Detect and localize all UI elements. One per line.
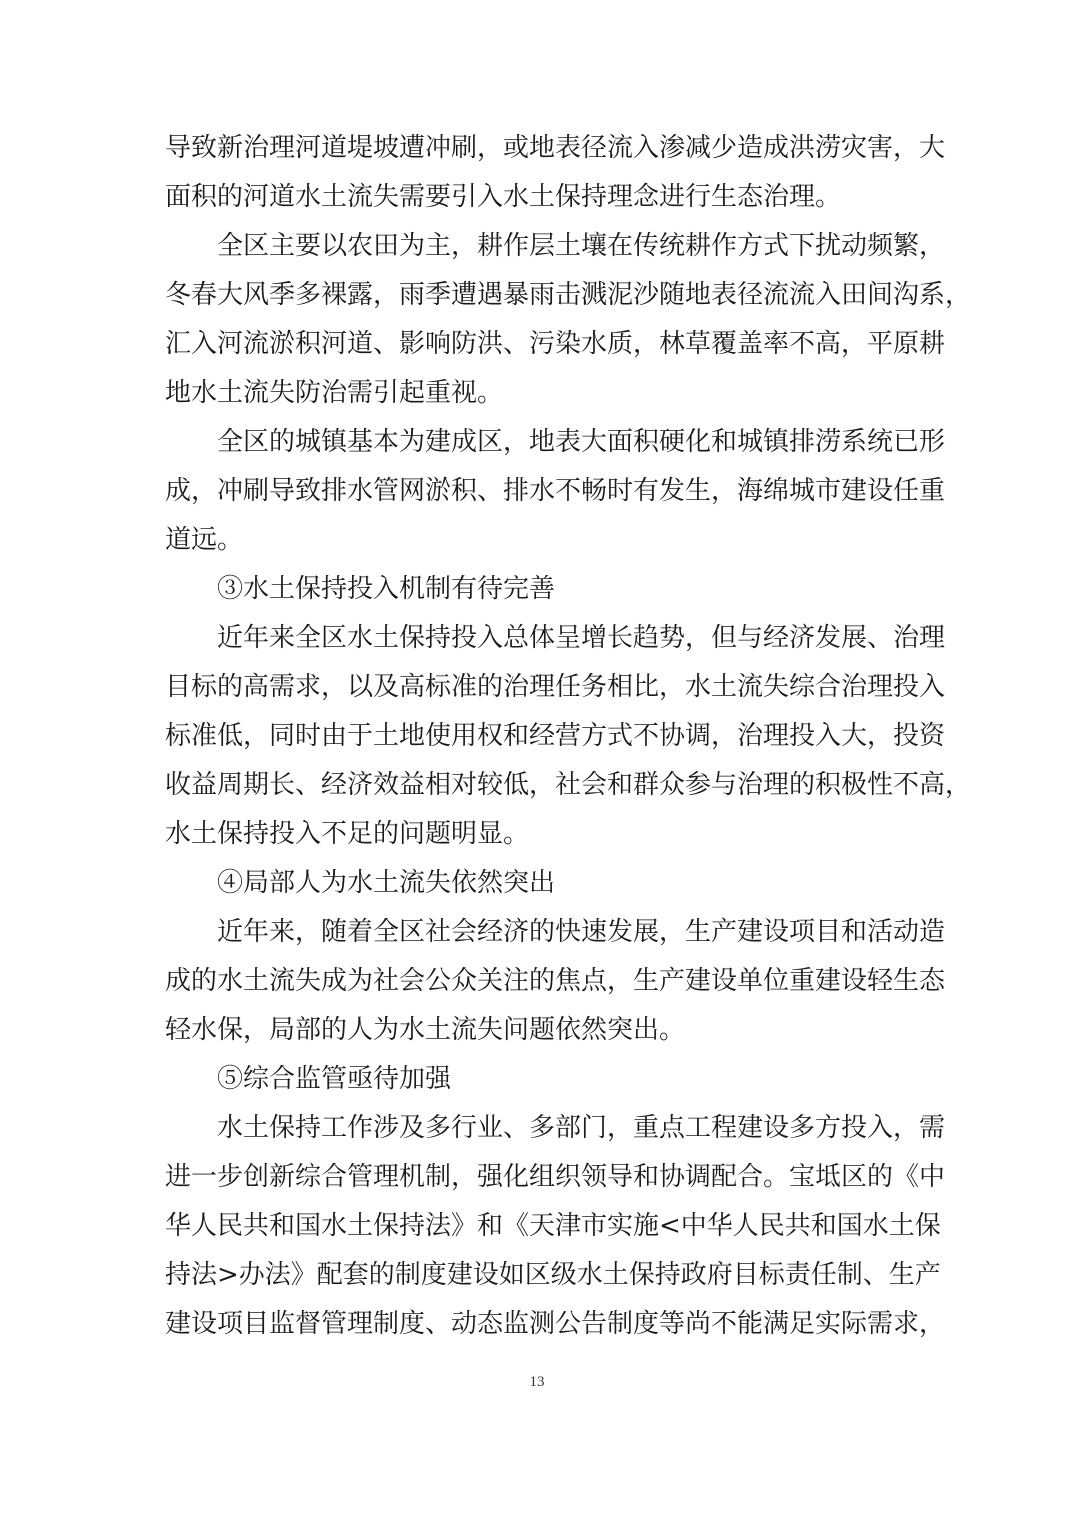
text-line: 华人民共和国水土保持法》和《天津市实施<中华人民共和国水土保 (165, 1202, 915, 1251)
text-line: 汇入河流淤积河道、影响防洪、污染水质，林草覆盖率不高，平原耕 (165, 320, 915, 369)
text-line: 轻水保，局部的人为水土流失问题依然突出。 (165, 1006, 915, 1055)
text-line: 进一步创新综合管理机制，强化组织领导和协调配合。宝坻区的《中 (165, 1153, 915, 1202)
text-line: 全区的城镇基本为建成区，地表大面积硬化和城镇排涝系统已形 (165, 418, 915, 467)
text-line: 水土保持投入不足的问题明显。 (165, 810, 915, 859)
text-line: 近年来全区水土保持投入总体呈增长趋势，但与经济发展、治理 (165, 614, 915, 663)
text-line: 全区主要以农田为主，耕作层土壤在传统耕作方式下扰动频繁， (165, 222, 915, 271)
text-line: 导致新治理河道堤坡遭冲刷，或地表径流入渗减少造成洪涝灾害，大 (165, 124, 915, 173)
text-line: 地水土流失防治需引起重视。 (165, 369, 915, 418)
section-heading: ④局部人为水土流失依然突出 (165, 859, 915, 908)
section-heading: ③水土保持投入机制有待完善 (165, 565, 915, 614)
text-line: 面积的河道水土流失需要引入水土保持理念进行生态治理。 (165, 173, 915, 222)
text-line: 近年来，随着全区社会经济的快速发展，生产建设项目和活动造 (165, 908, 915, 957)
page-body: 导致新治理河道堤坡遭冲刷，或地表径流入渗减少造成洪涝灾害，大 面积的河道水土流失… (165, 124, 915, 1349)
document-page: 导致新治理河道堤坡遭冲刷，或地表径流入渗减少造成洪涝灾害，大 面积的河道水土流失… (0, 0, 1074, 1520)
text-line: 水土保持工作涉及多行业、多部门，重点工程建设多方投入，需 (165, 1104, 915, 1153)
text-line: 成的水土流失成为社会公众关注的焦点，生产建设单位重建设轻生态 (165, 957, 915, 1006)
text-line: 建设项目监督管理制度、动态监测公告制度等尚不能满足实际需求， (165, 1300, 915, 1349)
text-line: 道远。 (165, 516, 915, 565)
text-line: 持法>办法》配套的制度建设如区级水土保持政府目标责任制、生产 (165, 1251, 915, 1300)
text-line: 成，冲刷导致排水管网淤积、排水不畅时有发生，海绵城市建设任重 (165, 467, 915, 516)
page-number: 13 (0, 1374, 1074, 1391)
text-line: 标准低，同时由于土地使用权和经营方式不协调，治理投入大，投资 (165, 712, 915, 761)
section-heading: ⑤综合监管亟待加强 (165, 1055, 915, 1104)
text-line: 收益周期长、经济效益相对较低，社会和群众参与治理的积极性不高， (165, 761, 915, 810)
text-line: 目标的高需求，以及高标准的治理任务相比，水土流失综合治理投入 (165, 663, 915, 712)
text-line: 冬春大风季多裸露，雨季遭遇暴雨击溅泥沙随地表径流流入田间沟系， (165, 271, 915, 320)
